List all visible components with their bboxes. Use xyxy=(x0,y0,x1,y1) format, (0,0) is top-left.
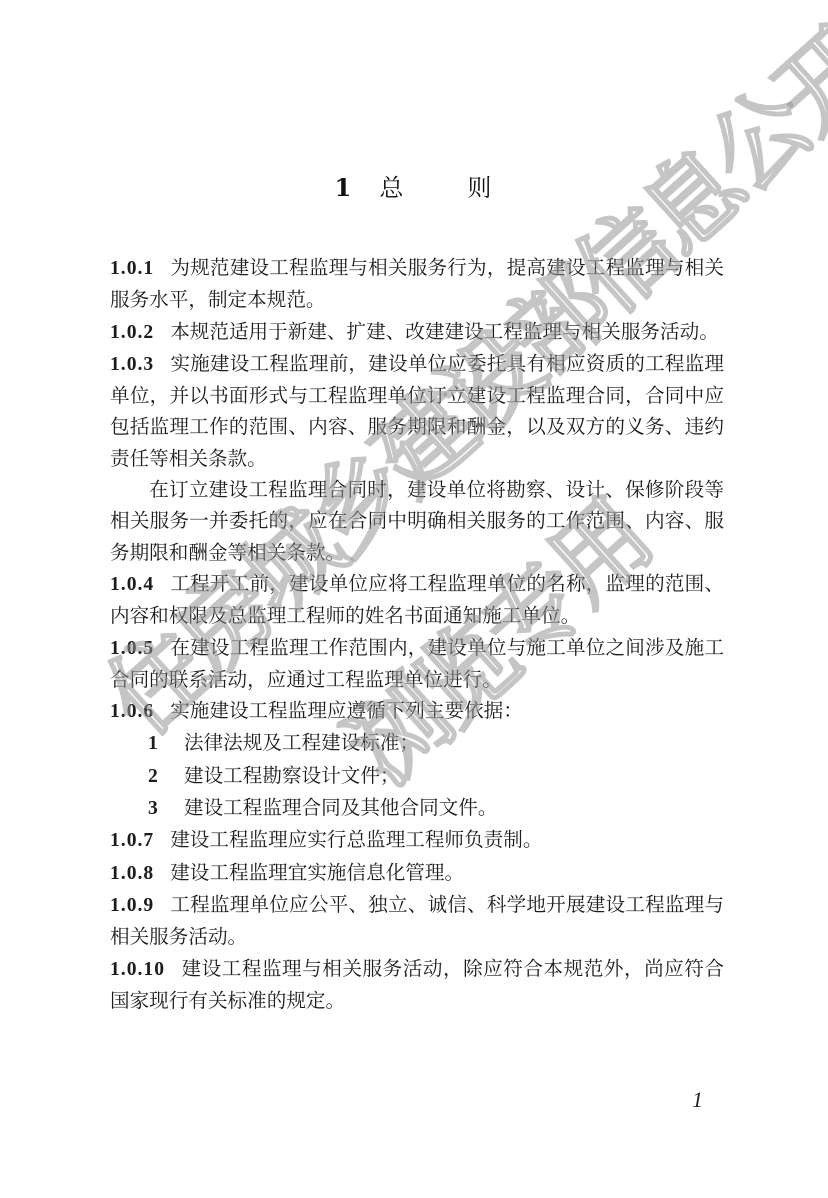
clause-number: 1.0.3 xyxy=(110,354,154,375)
clause-text: 建设工程监理与相关服务活动，除应符合本规范外，尚应符合国家现行有关标准的规定。 xyxy=(110,957,724,1012)
clause-1-0-6: 1.0.6实施建设工程监理应遵循下列主要依据： xyxy=(110,695,724,727)
clause-1-0-9: 1.0.9工程监理单位应公平、独立、诚信、科学地开展建设工程监理与相关服务活动。 xyxy=(110,889,724,953)
list-item-text: 法律法规及工程建设标准； xyxy=(184,731,419,754)
list-item-number: 1 xyxy=(148,728,184,759)
clause-text: 为规范建设工程监理与相关服务行为，提高建设工程监理与相关服务水平，制定本规范。 xyxy=(110,256,724,311)
clause-text: 建设工程监理宜实施信息化管理。 xyxy=(170,861,464,884)
clause-text: 建设工程监理应实行总监理工程师负责制。 xyxy=(170,828,542,851)
chapter-title-char-1: 总 xyxy=(379,174,405,202)
clause-number: 1.0.10 xyxy=(110,959,165,980)
list-item: 2建设工程勘察设计文件； xyxy=(110,760,724,792)
clause-number: 1.0.7 xyxy=(110,830,154,851)
clause-text: 实施建设工程监理应遵循下列主要依据： xyxy=(170,699,523,722)
clause-1-0-3-paragraph-2: 在订立建设工程监理合同时，建设单位将勘察、设计、保修阶段等相关服务一并委托的，应… xyxy=(110,474,724,568)
document-page: 1总则 1.0.1为规范建设工程监理与相关服务行为，提高建设工程监理与相关服务水… xyxy=(0,0,828,1198)
clause-number: 1.0.1 xyxy=(110,258,154,279)
list-item-number: 3 xyxy=(148,793,184,824)
clause-text: 实施建设工程监理前，建设单位应委托具有相应资质的工程监理单位，并以书面形式与工程… xyxy=(110,352,724,470)
list-item-text: 建设工程监理合同及其他合同文件。 xyxy=(184,796,498,819)
clause-1-0-5: 1.0.5在建设工程监理工作范围内，建设单位与施工单位之间涉及施工合同的联系活动… xyxy=(110,632,724,696)
clause-number: 1.0.2 xyxy=(110,322,154,343)
clause-number: 1.0.5 xyxy=(110,638,154,659)
clause-1-0-7: 1.0.7建设工程监理应实行总监理工程师负责制。 xyxy=(110,824,724,856)
clause-text: 本规范适用于新建、扩建、改建建设工程监理与相关服务活动。 xyxy=(170,320,719,343)
clause-1-0-10: 1.0.10建设工程监理与相关服务活动，除应符合本规范外，尚应符合国家现行有关标… xyxy=(110,953,724,1017)
clause-1-0-1: 1.0.1为规范建设工程监理与相关服务行为，提高建设工程监理与相关服务水平，制定… xyxy=(110,252,724,316)
clause-number: 1.0.9 xyxy=(110,895,154,916)
chapter-body: 1.0.1为规范建设工程监理与相关服务行为，提高建设工程监理与相关服务水平，制定… xyxy=(110,252,724,1016)
clause-text: 工程监理单位应公平、独立、诚信、科学地开展建设工程监理与相关服务活动。 xyxy=(110,893,724,948)
chapter-number: 1 xyxy=(335,173,354,202)
list-item: 1法律法规及工程建设标准； xyxy=(110,727,724,759)
clause-1-0-8: 1.0.8建设工程监理宜实施信息化管理。 xyxy=(110,857,724,889)
chapter-title: 1总则 xyxy=(0,168,828,203)
clause-number: 1.0.8 xyxy=(110,863,154,884)
clause-number: 1.0.4 xyxy=(110,574,154,595)
clause-text: 工程开工前，建设单位应将工程监理单位的名称，监理的范围、内容和权限及总监理工程师… xyxy=(110,572,724,627)
clause-text: 在建设工程监理工作范围内，建设单位与施工单位之间涉及施工合同的联系活动，应通过工… xyxy=(110,636,724,691)
list-item: 3建设工程监理合同及其他合同文件。 xyxy=(110,792,724,824)
list-item-text: 建设工程勘察设计文件； xyxy=(184,764,400,787)
clause-number: 1.0.6 xyxy=(110,701,154,722)
clause-1-0-3: 1.0.3实施建设工程监理前，建设单位应委托具有相应资质的工程监理单位，并以书面… xyxy=(110,348,724,474)
page-number: 1 xyxy=(692,1087,703,1113)
chapter-title-char-2: 则 xyxy=(467,174,493,202)
clause-1-0-4: 1.0.4工程开工前，建设单位应将工程监理单位的名称，监理的范围、内容和权限及总… xyxy=(110,568,724,632)
clause-1-0-2: 1.0.2本规范适用于新建、扩建、改建建设工程监理与相关服务活动。 xyxy=(110,316,724,348)
list-item-number: 2 xyxy=(148,761,184,792)
